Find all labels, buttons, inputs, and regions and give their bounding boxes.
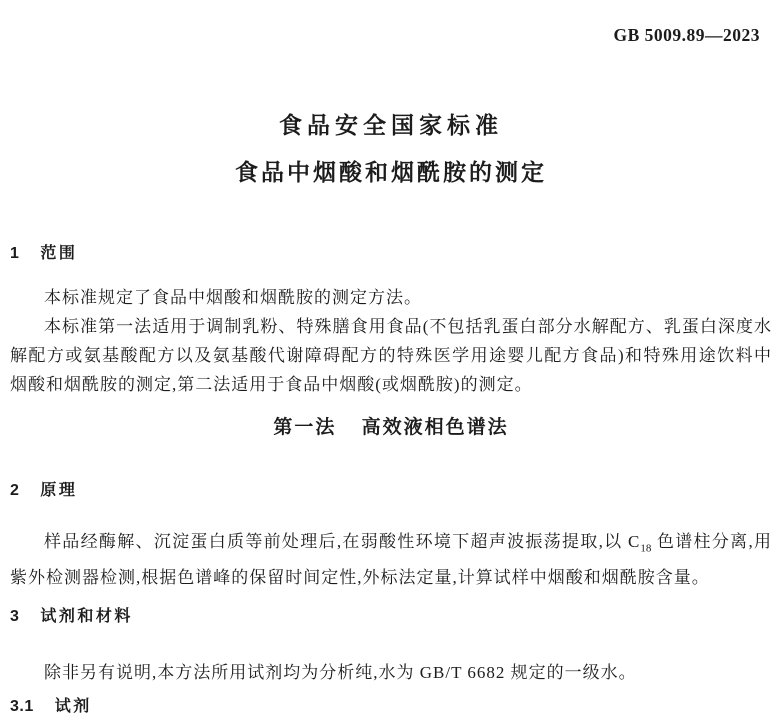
section-number-reagents: 3 bbox=[10, 608, 19, 625]
method-1-label: 第一法 bbox=[273, 417, 336, 438]
section-heading-reagents: 3 试剂和材料 bbox=[10, 603, 133, 626]
method-1-name: 高效液相色谱法 bbox=[362, 417, 509, 438]
principle-text-part1: 样品经酶解、沉淀蛋白质等前处理后,在弱酸性环境下超声波振荡提取,以 C bbox=[44, 532, 640, 551]
principle-paragraph: 样品经酶解、沉淀蛋白质等前处理后,在弱酸性环境下超声波振荡提取,以 C18 色谱… bbox=[10, 527, 772, 592]
scope-paragraph-2: 本标准第一法适用于调制乳粉、特殊膳食用食品(不包括乳蛋白部分水解配方、乳蛋白深度… bbox=[10, 312, 772, 399]
reagents-paragraph: 除非另有说明,本方法所用试剂均为分析纯,水为 GB/T 6682 规定的一级水。 bbox=[10, 658, 772, 687]
document-title-line1: 食品安全国家标准 bbox=[0, 107, 782, 140]
method-1-heading: 第一法 高效液相色谱法 bbox=[0, 412, 782, 439]
section-title-reagents: 试剂和材料 bbox=[40, 608, 133, 625]
document-page: GB 5009.89—2023 食品安全国家标准 食品中烟酸和烟酰胺的测定 1 … bbox=[0, 0, 782, 723]
c18-subscript: 18 bbox=[640, 542, 651, 554]
section-number-scope: 1 bbox=[10, 245, 19, 262]
section-title-principle: 原理 bbox=[40, 482, 77, 499]
section-title-scope: 范围 bbox=[40, 245, 77, 262]
section-number-reagents-sub: 3.1 bbox=[10, 698, 34, 715]
section-title-reagents-sub: 试剂 bbox=[55, 698, 92, 715]
section-heading-principle: 2 原理 bbox=[10, 477, 77, 500]
scope-paragraph-1: 本标准规定了食品中烟酸和烟酰胺的测定方法。 bbox=[10, 283, 772, 312]
section-number-principle: 2 bbox=[10, 482, 19, 499]
section-heading-reagents-sub: 3.1 试剂 bbox=[10, 693, 92, 716]
document-title-line2: 食品中烟酸和烟酰胺的测定 bbox=[0, 154, 782, 187]
standard-number: GB 5009.89—2023 bbox=[613, 25, 760, 46]
section-heading-scope: 1 范围 bbox=[10, 240, 77, 263]
